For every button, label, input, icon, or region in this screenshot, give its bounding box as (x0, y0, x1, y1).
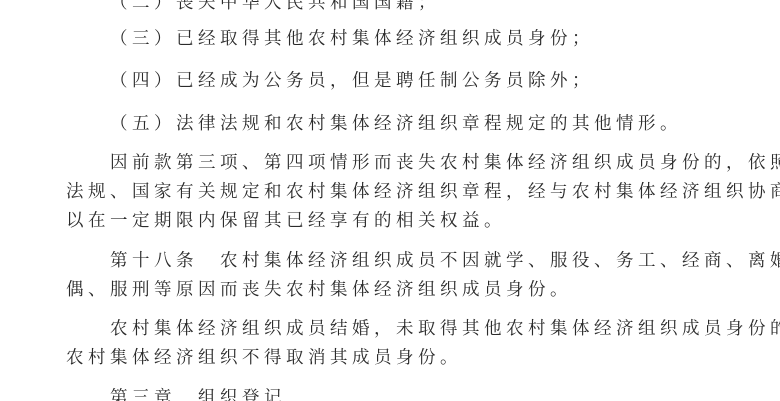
chapter-heading: 第三章 组织登记 (110, 387, 286, 401)
list-item-3: （三）已经取得其他农村集体经济组织成员身份； (110, 28, 594, 50)
paragraph-line: 第十八条 农村集体经济组织成员不因就学、服役、务工、经商、离婚、丧 (110, 250, 780, 272)
list-item-4: （四）已经成为公务员，但是聘任制公务员除外； (110, 70, 594, 92)
paragraph-line: 以在一定期限内保留其已经享有的相关权益。 (66, 210, 506, 232)
list-item-5: （五）法律法规和农村集体经济组织章程规定的其他情形。 (110, 113, 682, 135)
list-item-2: （二）丧失中华人民共和国国籍； (110, 0, 440, 14)
paragraph-line: 法规、国家有关规定和农村集体经济组织章程，经与农村集体经济组织协商，可 (66, 181, 780, 203)
paragraph-line: 因前款第三项、第四项情形而丧失农村集体经济组织成员身份的，依照法律 (110, 152, 780, 174)
paragraph-line: 偶、服刑等原因而丧失农村集体经济组织成员身份。 (66, 279, 572, 301)
paragraph-line: 农村集体经济组织成员结婚，未取得其他农村集体经济组织成员身份的，原 (110, 318, 780, 340)
paragraph-line: 农村集体经济组织不得取消其成员身份。 (66, 347, 462, 369)
